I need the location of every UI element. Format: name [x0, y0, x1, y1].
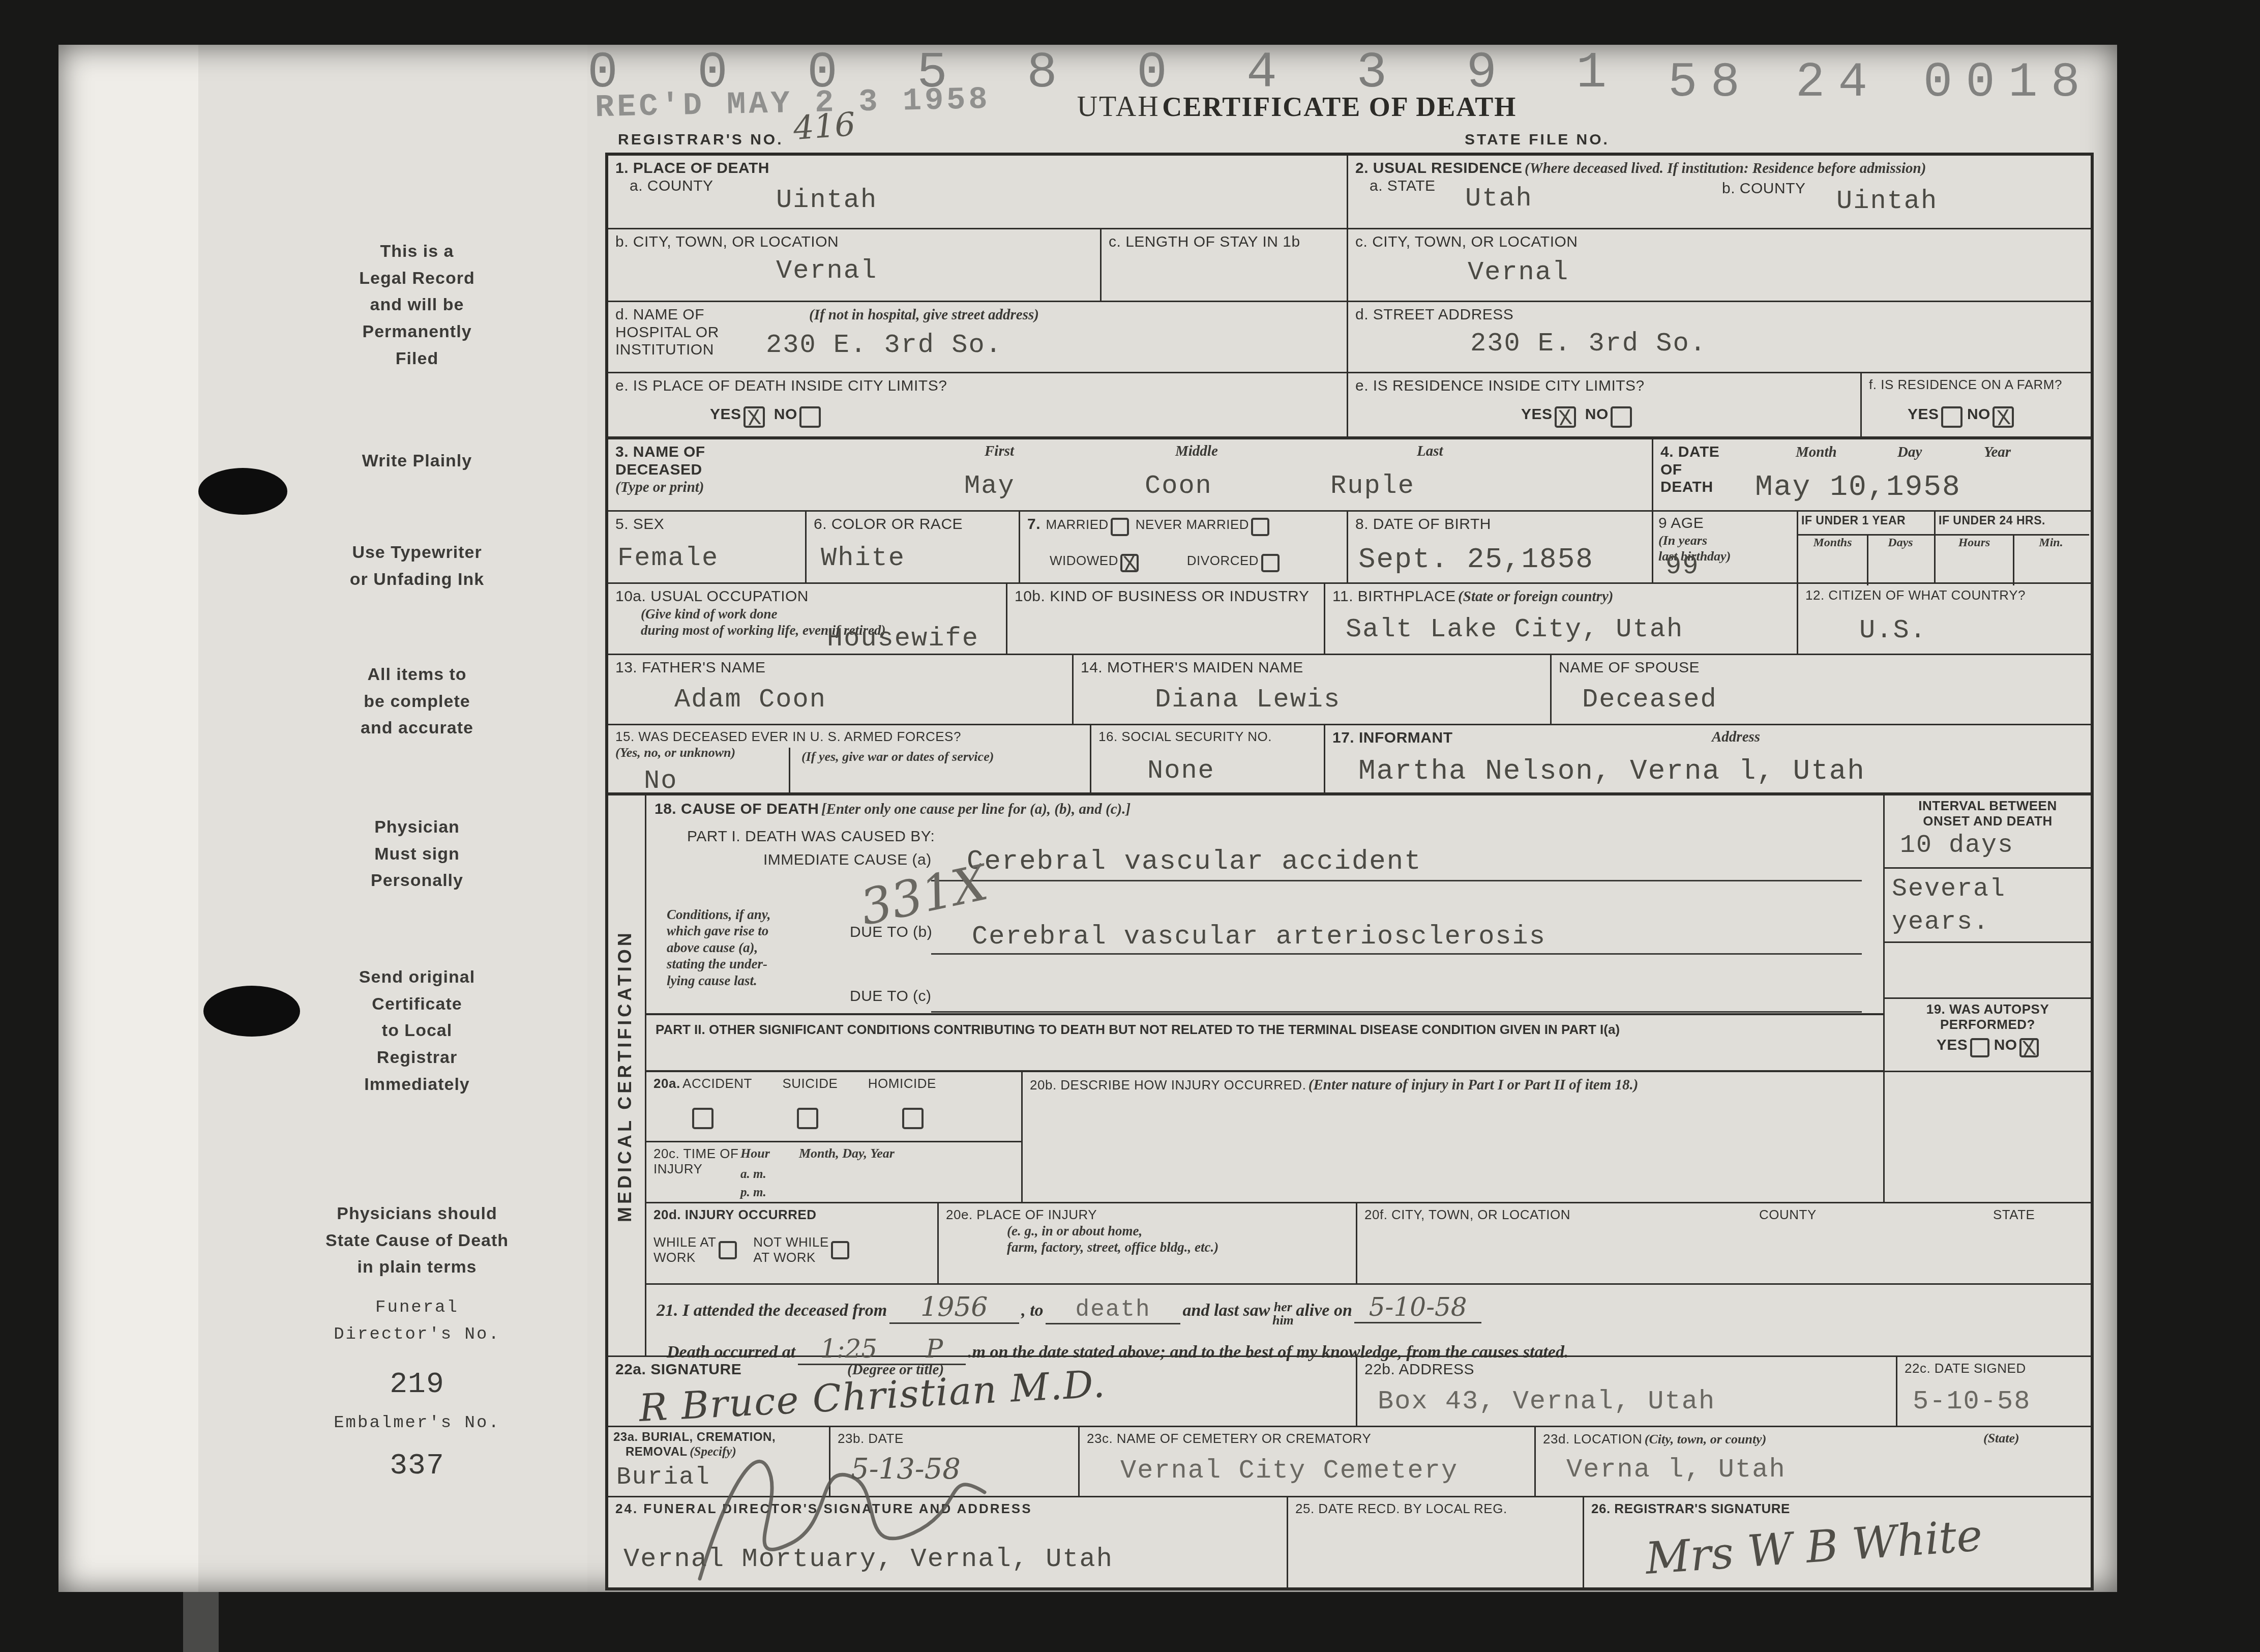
birthplace-label: 11. BIRTHPLACE	[1332, 588, 1456, 605]
informant-label: 17. INFORMANT	[1332, 729, 1453, 746]
certificate-title: UTAH CERTIFICATE OF DEATH	[1037, 91, 1556, 123]
attended-pre: 21. I attended the deceased from	[657, 1301, 887, 1320]
cause-of-death-label: 18. CAUSE OF DEATH	[655, 801, 819, 817]
s20a-checkboxes	[692, 1108, 924, 1129]
birthplace-hint: (State or foreign country)	[1458, 588, 1613, 605]
physician-address-label: 22b. ADDRESS	[1364, 1361, 1474, 1378]
describe-injury-label: 20b. DESCRIBE HOW INJURY OCCURRED.	[1030, 1077, 1306, 1093]
date-of-death-label: 4. DATE OF DEATH	[1660, 444, 1719, 496]
injury-city-label: 20f. CITY, TOWN, OR LOCATION	[1364, 1207, 1570, 1222]
length-of-stay-cell: c. LENGTH OF STAY IN 1b	[1102, 229, 1348, 302]
name-of-deceased-label: 3. NAME OF DECEASED	[615, 444, 705, 479]
residence-city-limits-yes-checkbox: X	[1555, 406, 1576, 428]
due-to-b-label: DUE TO (b)	[850, 924, 932, 941]
age-label: 9 AGE	[1658, 515, 1704, 532]
margin-note-typewriter: Use Typewriter or Unfading Ink	[244, 539, 590, 593]
homicide-checkbox	[902, 1108, 924, 1129]
married-label: MARRIED	[1046, 517, 1108, 532]
cemetery-label: 23c. NAME OF CEMETERY OR CREMATORY	[1087, 1431, 1371, 1446]
residence-city-value: Vernal	[1468, 257, 1569, 287]
social-security-cell: 16. SOCIAL SECURITY NO. None	[1091, 725, 1325, 795]
mothers-maiden-name-value: Diana Lewis	[1155, 685, 1341, 715]
accident-label: ACCIDENT	[682, 1076, 752, 1091]
armed-forces-hint2: (If yes, give war or dates of service)	[801, 749, 994, 764]
registrar-no-handwritten: 416	[792, 106, 857, 147]
informant-address-label: Address	[1712, 728, 1760, 746]
months-subcell: Months	[1798, 534, 1868, 585]
fathers-name-cell: 13. FATHER'S NAME Adam Coon	[608, 655, 1074, 725]
registrar-signature-script: Mrs W B White	[1644, 1510, 1984, 1584]
due-to-c-label: DUE TO (c)	[850, 988, 932, 1006]
attended-to-value: death	[1076, 1296, 1151, 1323]
conditions-note: Conditions, if any, which gave rise to a…	[667, 906, 771, 989]
residence-state-value: Utah	[1465, 184, 1533, 214]
type-or-print-hint: (Type or print)	[615, 479, 704, 495]
margin-note-write-plainly: Write Plainly	[244, 448, 590, 475]
never-married-label: NEVER MARRIED	[1136, 517, 1249, 532]
date-of-death-cell: 4. DATE OF DEATH Month Day Year May 10,1…	[1653, 439, 2091, 512]
hospital-name-label: d. NAME OF HOSPITAL OR INSTITUTION	[615, 306, 719, 359]
medical-certification-strip: MEDICAL CERTIFICATION	[608, 795, 646, 1357]
armed-forces-cell: 15. WAS DECEASED EVER IN U. S. ARMED FOR…	[608, 725, 1091, 795]
residence-farm-answers: YES NO X	[1908, 406, 2014, 428]
while-at-work-label: WHILE AT WORK	[653, 1235, 716, 1265]
while-at-work-checkbox	[719, 1241, 737, 1259]
citizen-value: U.S.	[1859, 615, 1927, 645]
cause-b-line	[931, 953, 1862, 955]
armed-forces-divider	[789, 748, 790, 794]
describe-injury-hint: (Enter nature of injury in Part I or Par…	[1309, 1077, 1639, 1093]
injury-county-label: COUNTY	[1759, 1207, 1817, 1223]
street-address-cell: d. STREET ADDRESS 230 E. 3rd So.	[1348, 302, 2091, 373]
residence-city-limits-label: e. IS RESIDENCE INSIDE CITY LIMITS?	[1355, 377, 1645, 394]
yes-label: YES	[1908, 406, 1939, 423]
autopsy-answers: YES NO X	[1890, 1037, 2086, 1057]
place-of-injury-hint: (e. g., in or about home, farm, factory,…	[1007, 1223, 1349, 1256]
certificate-form: 1. PLACE OF DEATH a. COUNTY Uintah 2. US…	[605, 153, 2094, 1590]
residence-farm-label: f. IS RESIDENCE ON A FARM?	[1869, 377, 2062, 392]
yes-label: YES	[1937, 1037, 1968, 1053]
margin-note-send-original: Send original Certificate to Local Regis…	[244, 964, 590, 1098]
city-of-death-cell: b. CITY, TOWN, OR LOCATION Vernal	[608, 229, 1102, 302]
s20a-num: 20a.	[653, 1076, 680, 1091]
cause-c-line	[931, 1011, 1862, 1013]
sex-cell: 5. SEX Female	[608, 512, 807, 584]
marital-row2: WIDOWED X DIVORCED	[1050, 553, 1280, 572]
alive-on-blank: 5-10-58	[1354, 1292, 1481, 1323]
interval-a-value: 10 days	[1900, 831, 2014, 860]
photo-edge-streak	[183, 1592, 219, 1652]
cause-a-value: Cerebral vascular accident	[967, 846, 1422, 877]
usual-occupation-cell: 10a. USUAL OCCUPATION (Give kind of work…	[608, 584, 1007, 655]
death-city-limits-answers: YES X NO	[710, 406, 821, 428]
divorced-checkbox	[1261, 554, 1280, 572]
time-of-injury-cell: 20c. TIME OF INJURY Hour Month, Day, Yea…	[646, 1142, 1023, 1203]
city-of-death-label: b. CITY, TOWN, OR LOCATION	[615, 233, 839, 250]
registrar-signature-label: 26. REGISTRAR'S SIGNATURE	[1591, 1501, 1790, 1516]
describe-injury-cell: 20b. DESCRIBE HOW INJURY OCCURRED. (Ente…	[1023, 1072, 1885, 1203]
no-label: NO	[774, 406, 797, 423]
first-name-label: First	[985, 442, 1014, 460]
mothers-maiden-name-cell: 14. MOTHER'S MAIDEN NAME Diana Lewis	[1074, 655, 1552, 725]
month-label: Month	[1796, 444, 1837, 461]
right-empty-cell	[1885, 1072, 2091, 1203]
armed-forces-value: No	[644, 766, 677, 796]
accident-suicide-homicide-cell: 20a. ACCIDENT SUICIDE HOMICIDE	[646, 1072, 1023, 1142]
margin-note-physician-sign: Physician Must sign Personally	[244, 814, 590, 894]
date-of-birth-value: Sept. 25,1858	[1358, 543, 1594, 576]
immediate-cause-label: IMMEDIATE CAUSE (a)	[763, 851, 932, 869]
usual-residence-hint: (Where deceased lived. If institution: R…	[1525, 160, 1926, 176]
never-married-checkbox	[1251, 518, 1269, 536]
married-checkbox	[1111, 518, 1129, 536]
citizen-cell: 12. CITIZEN OF WHAT COUNTRY? U.S.	[1798, 584, 2091, 655]
last-name-value: Ruple	[1330, 471, 1415, 501]
residence-farm-no-checkbox: X	[1993, 406, 2014, 428]
injury-state-label: STATE	[1993, 1207, 2035, 1223]
color-race-label: 6. COLOR OR RACE	[814, 516, 963, 533]
date-signed-label: 22c. DATE SIGNED	[1905, 1361, 2026, 1376]
date-of-birth-label: 8. DATE OF BIRTH	[1355, 516, 1491, 533]
residence-city-limits-answers: YES X NO	[1521, 406, 1632, 428]
part1-label: PART I. DEATH WAS CAUSED BY:	[687, 828, 935, 846]
physician-address-value: Box 43, Vernal, Utah	[1378, 1386, 1715, 1417]
color-race-cell: 6. COLOR OR RACE White	[807, 512, 1020, 584]
if-under-24-hrs-cell: IF UNDER 24 HRS. Hours Min.	[1936, 512, 2091, 584]
birthplace-value: Salt Lake City, Utah	[1346, 614, 1683, 644]
interval-b-cell: Several years.	[1885, 869, 2091, 943]
cemetery-location-label: 23d. LOCATION	[1543, 1431, 1642, 1447]
date-of-birth-cell: 8. DATE OF BIRTH Sept. 25,1858	[1348, 512, 1653, 584]
informant-cell: 17. INFORMANT Address Martha Nelson, Ver…	[1325, 725, 2091, 795]
date-recd-cell: 25. DATE RECD. BY LOCAL REG.	[1287, 1497, 1583, 1587]
last-name-label: Last	[1417, 442, 1443, 460]
name-of-spouse-cell: NAME OF SPOUSE Deceased	[1552, 655, 2091, 725]
time-of-injury-label: 20c. TIME OF INJURY	[653, 1146, 738, 1177]
mothers-maiden-name-label: 14. MOTHER'S MAIDEN NAME	[1081, 659, 1303, 676]
title-rest: CERTIFICATE OF DEATH	[1162, 92, 1516, 122]
funeral-director-no-label: Funeral Director's No.	[244, 1294, 590, 1348]
min-subcell: Min.	[2013, 534, 2089, 585]
marital-num: 7.	[1027, 516, 1040, 533]
county-value: Uintah	[776, 185, 877, 215]
punch-hole-top	[198, 468, 287, 515]
name-of-deceased-cell: 3. NAME OF DECEASED (Type or print) Firs…	[608, 439, 1653, 512]
months-label: Months	[1813, 536, 1852, 549]
interval-cell: INTERVAL BETWEEN ONSET AND DEATH 10 days	[1885, 795, 2091, 869]
alive-on-value: 5-10-58	[1369, 1292, 1467, 1322]
death-city-limits-yes-checkbox: X	[744, 406, 765, 428]
attended-from-value: 1956	[920, 1292, 988, 1322]
medical-certification-label: MEDICAL CERTIFICATION	[614, 795, 635, 1357]
place-of-death-title: 1. PLACE OF DEATH	[615, 160, 769, 176]
hours-subcell: Hours	[1936, 534, 2014, 585]
interval-empty-cell	[1885, 943, 2091, 999]
social-security-label: 16. SOCIAL SECURITY NO.	[1098, 729, 1272, 744]
cause-of-death-cell: 18. CAUSE OF DEATH [Enter only one cause…	[646, 795, 1885, 1015]
him-label: him	[1272, 1314, 1294, 1327]
homicide-label: HOMICIDE	[868, 1076, 936, 1091]
not-while-at-work-checkbox	[831, 1241, 849, 1259]
name-of-spouse-value: Deceased	[1582, 685, 1717, 715]
funeral-director-cell: 24. FUNERAL DIRECTOR'S SIGNATURE AND ADD…	[608, 1497, 1287, 1587]
attended-from-blank: 1956	[889, 1292, 1019, 1324]
embalmer-no-label: Embalmer's No.	[244, 1410, 590, 1437]
day-label: Day	[1897, 444, 1922, 461]
birthplace-cell: 11. BIRTHPLACE (State or foreign country…	[1325, 584, 1798, 655]
registrar-signature-cell: 26. REGISTRAR'S SIGNATURE Mrs W B White	[1583, 1497, 2091, 1587]
date-signed-value: 5-10-58	[1913, 1386, 2031, 1417]
if-under-1-year-cell: IF UNDER 1 YEAR Months Days	[1798, 512, 1936, 584]
citizen-label: 12. CITIZEN OF WHAT COUNTRY?	[1805, 587, 2026, 603]
residence-farm-yes-checkbox	[1941, 406, 1962, 428]
marital-status-cell: 7. MARRIED NEVER MARRIED WIDOWED X DIVOR…	[1020, 512, 1348, 584]
widowed-checkbox: X	[1120, 554, 1139, 572]
sex-value: Female	[617, 543, 719, 573]
attended-to-blank: death	[1046, 1296, 1180, 1324]
year-label: Year	[1984, 444, 2011, 461]
residence-county-label: b. COUNTY	[1722, 180, 1806, 198]
injury-city-cell: 20f. CITY, TOWN, OR LOCATION COUNTY STAT…	[1357, 1203, 2091, 1285]
cause-b-value: Cerebral vascular arteriosclerosis	[972, 922, 1546, 952]
embalmer-no-value: 337	[244, 1443, 590, 1489]
date-signed-cell: 22c. DATE SIGNED 5-10-58	[1897, 1357, 2091, 1427]
scanned-death-certificate: This is a Legal Record and will be Perma…	[0, 0, 2260, 1652]
autopsy-no-checkbox: X	[2019, 1038, 2039, 1057]
accident-checkbox	[692, 1108, 713, 1129]
armed-forces-hint1: (Yes, no, or unknown)	[615, 745, 735, 760]
hour-label: Hour	[740, 1145, 770, 1161]
residence-county-value: Uintah	[1836, 186, 1938, 216]
state-file-no-label: STATE FILE NO.	[1465, 131, 1610, 149]
usual-residence-title: 2. USUAL RESIDENCE	[1355, 160, 1523, 176]
not-while-at-work-label: NOT WHILE AT WORK	[753, 1235, 828, 1265]
business-industry-cell: 10b. KIND OF BUSINESS OR INDUSTRY	[1007, 584, 1325, 655]
place-of-death-county-cell: 1. PLACE OF DEATH a. COUNTY Uintah	[608, 156, 1348, 229]
usual-residence-cell: 2. USUAL RESIDENCE (Where deceased lived…	[1348, 156, 2091, 229]
sex-label: 5. SEX	[615, 516, 664, 533]
date-recd-label: 25. DATE RECD. BY LOCAL REG.	[1295, 1501, 1507, 1516]
attended-to-label: , to	[1021, 1301, 1043, 1320]
age-value: 99	[1666, 551, 1699, 581]
date-of-death-value: May 10,1958	[1755, 471, 1961, 504]
usual-occupation-value: Housewife	[827, 624, 979, 654]
armed-forces-label: 15. WAS DECEASED EVER IN U. S. ARMED FOR…	[615, 729, 961, 744]
hours-label: Hours	[1958, 536, 1990, 549]
residence-city-limits-cell: e. IS RESIDENCE INSIDE CITY LIMITS? YES …	[1348, 373, 1862, 439]
days-label: Days	[1888, 536, 1913, 549]
funeral-director-no-value: 219	[244, 1362, 590, 1408]
middle-name-label: Middle	[1175, 442, 1218, 460]
business-industry-label: 10b. KIND OF BUSINESS OR INDUSTRY	[1015, 588, 1309, 605]
street-address-label: d. STREET ADDRESS	[1355, 306, 1513, 323]
fathers-name-value: Adam Coon	[674, 685, 826, 715]
registrar-no-label: REGISTRAR'S NO.	[618, 131, 784, 149]
name-of-spouse-label: NAME OF SPOUSE	[1559, 659, 1700, 676]
injury-occurred-cell: 20d. INJURY OCCURRED WHILE AT WORK NOT W…	[646, 1203, 939, 1285]
age-cell: 9 AGE (In years last birthday) 99	[1653, 512, 1798, 584]
first-name-value: May	[964, 471, 1015, 501]
no-label: NO	[1585, 406, 1609, 423]
under-24-hrs-label: IF UNDER 24 HRS.	[1939, 514, 2045, 527]
part2-label: PART II. OTHER SIGNIFICANT CONDITIONS CO…	[656, 1022, 1620, 1037]
physician-signature-label: 22a. SIGNATURE	[615, 1361, 741, 1378]
under-1-year-label: IF UNDER 1 YEAR	[1801, 514, 1906, 527]
yes-label: YES	[1521, 406, 1553, 423]
days-subcell: Days	[1867, 534, 1934, 585]
physician-address-cell: 22b. ADDRESS Box 43, Vernal, Utah	[1357, 1357, 1897, 1427]
autopsy-yes-checkbox	[1970, 1038, 1989, 1057]
pm-label: p. m.	[740, 1185, 766, 1200]
title-state: UTAH	[1077, 91, 1160, 123]
suicide-label: SUICIDE	[782, 1076, 838, 1091]
state-file-no-stamp: 58 24 0018	[1668, 55, 2093, 110]
suicide-checkbox	[797, 1108, 818, 1129]
cemetery-location-cell: 23d. LOCATION (City, town, or county) (S…	[1536, 1427, 2091, 1497]
am-label: a. m.	[740, 1167, 766, 1182]
residence-city-limits-no-checkbox	[1611, 406, 1632, 428]
place-of-injury-label: 20e. PLACE OF INJURY	[946, 1207, 1097, 1222]
death-city-limits-label: e. IS PLACE OF DEATH INSIDE CITY LIMITS?	[615, 377, 947, 394]
residence-state-label: a. STATE	[1370, 178, 1436, 194]
interval-b-value: Several years.	[1892, 875, 2006, 937]
margin-note-complete: All items to be complete and accurate	[244, 661, 590, 742]
usual-occupation-label: 10a. USUAL OCCUPATION	[615, 588, 809, 605]
death-city-limits-cell: e. IS PLACE OF DEATH INSIDE CITY LIMITS?…	[608, 373, 1348, 439]
divorced-label: DIVORCED	[1187, 553, 1259, 568]
margin-note-legal-record: This is a Legal Record and will be Perma…	[244, 238, 590, 372]
social-security-value: None	[1147, 756, 1215, 786]
margin-note-plain-terms: Physicians should State Cause of Death i…	[244, 1200, 590, 1281]
min-label: Min.	[2039, 536, 2063, 549]
mdy-label: Month, Day, Year	[799, 1145, 895, 1161]
county-label: a. COUNTY	[630, 178, 713, 194]
autopsy-cell: 19. WAS AUTOPSY PERFORMED? YES NO X	[1885, 999, 2091, 1072]
her-label: her	[1272, 1301, 1294, 1314]
city-of-death-value: Vernal	[776, 256, 877, 286]
hospital-name-hint: (If not in hospital, give street address…	[809, 306, 1039, 324]
yes-label: YES	[710, 406, 741, 423]
cause-a-line	[931, 880, 1862, 881]
alive-on-label: alive on	[1296, 1301, 1352, 1320]
cemetery-location-hint: (City, town, or county)	[1645, 1432, 1767, 1447]
her-him-stack: her him	[1272, 1301, 1294, 1327]
cemetery-state-hint: (State)	[1983, 1430, 2019, 1446]
color-race-value: White	[821, 543, 905, 573]
place-of-injury-cell: 20e. PLACE OF INJURY (e. g., in or about…	[939, 1203, 1357, 1285]
residence-city-cell: c. CITY, TOWN, OR LOCATION Vernal	[1348, 229, 2091, 302]
autopsy-label: 19. WAS AUTOPSY PERFORMED?	[1890, 1002, 2086, 1032]
middle-name-value: Coon	[1145, 471, 1212, 501]
part2-cell: PART II. OTHER SIGNIFICANT CONDITIONS CO…	[646, 1015, 1885, 1072]
residence-farm-cell: f. IS RESIDENCE ON A FARM? YES NO X	[1862, 373, 2091, 439]
hospital-name-value: 230 E. 3rd So.	[766, 330, 1002, 360]
funeral-director-signature-script	[639, 1416, 1096, 1589]
interval-label: INTERVAL BETWEEN ONSET AND DEATH	[1890, 799, 2086, 829]
cemetery-value: Vernal City Cemetery	[1120, 1456, 1458, 1486]
attended-statement-cell: 21. I attended the deceased from 1956 , …	[646, 1285, 2091, 1357]
cemetery-cell: 23c. NAME OF CEMETERY OR CREMATORY Verna…	[1080, 1427, 1536, 1497]
hospital-name-cell: d. NAME OF HOSPITAL OR INSTITUTION (If n…	[608, 302, 1348, 373]
length-of-stay-label: c. LENGTH OF STAY IN 1b	[1109, 233, 1300, 250]
no-label: NO	[1967, 406, 1990, 423]
informant-value: Martha Nelson, Verna l, Utah	[1358, 755, 1865, 787]
death-city-limits-no-checkbox	[799, 406, 821, 428]
injury-occurred-label: 20d. INJURY OCCURRED	[653, 1207, 817, 1222]
fathers-name-label: 13. FATHER'S NAME	[615, 659, 765, 676]
no-label: NO	[1994, 1037, 2017, 1053]
residence-city-label: c. CITY, TOWN, OR LOCATION	[1355, 233, 1578, 250]
widowed-label: WIDOWED	[1050, 553, 1118, 568]
injury-occurred-options: WHILE AT WORK NOT WHILE AT WORK	[653, 1235, 849, 1265]
cemetery-location-value: Verna l, Utah	[1566, 1455, 1786, 1485]
cause-of-death-bracket: [Enter only one cause per line for (a), …	[821, 801, 1131, 817]
last-saw-label: and last saw	[1183, 1301, 1270, 1320]
street-address-value: 230 E. 3rd So.	[1470, 329, 1707, 359]
